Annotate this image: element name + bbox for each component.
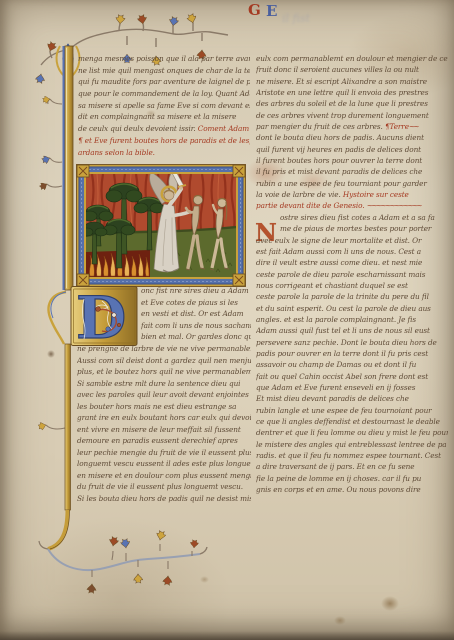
text-line: Et mist dieu devant paradis de delices c… bbox=[256, 393, 448, 404]
text-line: a dire traversant de ij pars. Et en ce f… bbox=[256, 461, 448, 472]
text-line: demoure en paradis eussent derechief apr… bbox=[77, 435, 251, 447]
text-line: est fait Adam aussi com li uns de nous. … bbox=[256, 246, 448, 257]
initial-d: D bbox=[62, 285, 140, 349]
text-line: rubin a une espee de feu tourniant pour … bbox=[256, 178, 448, 189]
text-line: et du saint esperit. Ou cest la parole d… bbox=[256, 303, 448, 314]
text-line: grant ire en eulx boutant hors car eulx … bbox=[77, 412, 251, 424]
border-bar-lower bbox=[39, 344, 71, 549]
text-line: que pour le commandement de la loy. Quan… bbox=[78, 88, 250, 100]
text-line: des arbres du soleil et de la lune que l… bbox=[256, 98, 448, 109]
text-line: Adam aussi quil fust tel et li uns de no… bbox=[256, 325, 448, 336]
text-line: rubin langle et une espee de feu tournoi… bbox=[256, 405, 448, 416]
left-column-top: menga mesmes poisson que il ala par terr… bbox=[78, 53, 250, 158]
text-line: fruit donc il seroient aucunes villes la… bbox=[256, 64, 448, 75]
text-line: Si les bouta dieu hors de padis quil ne … bbox=[77, 493, 251, 505]
text-line: que Adam et Eve furent enseveli en ij fo… bbox=[256, 382, 448, 393]
text-line: de ces arbres vivent trop durement longu… bbox=[256, 110, 448, 121]
border-bar bbox=[63, 46, 74, 290]
text-line: ostre sires dieu fist cotes a Adam et a … bbox=[256, 212, 448, 223]
text-line: partie devant dite de Genesio. ~~~~~~~~~… bbox=[256, 200, 448, 211]
text-line: angles. et est la parole complaingnant. … bbox=[256, 314, 448, 325]
text-line: par mengier du fruit de ces arbres. ¶Ter… bbox=[256, 121, 448, 132]
bottom-vine bbox=[48, 544, 207, 577]
bottom-vine-leaves bbox=[87, 530, 199, 593]
text-line: il fu pris et mist devant paradis de del… bbox=[256, 166, 448, 177]
text-line: plus, et le boutez hors quil ne vive per… bbox=[77, 366, 251, 378]
text-line: sa misere si apelle sa fame Eve si com d… bbox=[78, 100, 250, 112]
manuscript-page: G E il fist bbox=[0, 0, 454, 640]
text-line: le mistere des angles qui entreblessast … bbox=[256, 439, 448, 450]
text-line: bien et mal. Or gardes donc quil bbox=[141, 331, 251, 343]
text-line: fait ou quel Cahin occist Abel son frere… bbox=[256, 371, 448, 382]
bar-sprigs bbox=[46, 99, 65, 429]
text-line: les bouter hors mais ne est dieu estrang… bbox=[77, 401, 251, 413]
text-line: la voie de larbre de vie. Hystoire sur c… bbox=[256, 189, 448, 200]
text-line: ceste parole de dieu parole escharnissan… bbox=[256, 269, 448, 280]
text-line: eulx com permanablemt en doulour et meng… bbox=[256, 53, 448, 64]
miniature: Angel with raised sword expels Adam and … bbox=[76, 164, 246, 287]
text-line: en vesti et dist. Or est Adam bbox=[141, 308, 251, 320]
text-line: Aristote en une lettre quil li envoia de… bbox=[256, 87, 448, 98]
text-line: Aussi com sil deist dont a gardez quil n… bbox=[77, 355, 251, 367]
text-line: dentrer et que li feu lomme ou dieu y mi… bbox=[256, 427, 448, 438]
text-line: assavoir ou champ de Damas ou et dont il… bbox=[256, 359, 448, 370]
text-line: fie la peine de lomme en ij choses. car … bbox=[256, 473, 448, 484]
text-line: ne misere. Et si escript Alixandre a son… bbox=[256, 76, 448, 87]
text-line: nous corrigeant et chastiant duquel se e… bbox=[256, 280, 448, 291]
text-line: avec eulx le signe de leur mortalite et … bbox=[256, 235, 448, 246]
text-line: ¶ et Eve furent boutes hors de paradis e… bbox=[78, 135, 250, 147]
right-column: eulx com permanablemt en doulour et meng… bbox=[256, 53, 448, 495]
text-line: me de piaus de mortes bestes pour porter bbox=[256, 223, 448, 234]
text-line: persevere sanz pechie. Dont le bouta die… bbox=[256, 337, 448, 348]
text-line: dire il veult estre aussi come dieu. et … bbox=[256, 257, 448, 268]
text-line: il furent boutes hors pour ouvrer la ter… bbox=[256, 155, 448, 166]
initial-d-letter: D bbox=[76, 285, 126, 349]
text-line: leur pechie mengie du fruit de vie il eu… bbox=[77, 447, 251, 459]
text-line: dit en complaingnant sa misere et la mis… bbox=[78, 111, 250, 123]
text-line: ent vivre en misere de leur meffait sil … bbox=[77, 424, 251, 436]
text-line: gnis en corps et en ame. Ou nous povons … bbox=[256, 484, 448, 495]
text-line: quil furent vij heures en padis de delic… bbox=[256, 144, 448, 155]
text-line: fait com li uns de nous sachant bbox=[141, 320, 251, 332]
text-line: padis pour ouvrer en la terre dont il fu… bbox=[256, 348, 448, 359]
text-line: Si samble estre mlt dure la sentence die… bbox=[77, 378, 251, 390]
text-line: avec les paroles quil leur avoit devant … bbox=[77, 389, 251, 401]
left-column-lower: ne prengne de larbre de vie ne vive perm… bbox=[77, 343, 251, 504]
text-line: ceste parole la parole de la trinite du … bbox=[256, 291, 448, 302]
left-column-beside-initial: onc fist nre sires dieu a Adamet Eve cot… bbox=[141, 285, 251, 343]
text-line: dont le bouta dieu hors de padis. Aucuns… bbox=[256, 132, 448, 143]
text-line: qui fu maudite fors par aventure de laig… bbox=[78, 76, 250, 88]
text-line: ne prengne de larbre de vie ne vive perm… bbox=[77, 343, 251, 355]
text-line: en misere et en doulour com plus eussent… bbox=[77, 470, 251, 482]
bar-sprig-leaves bbox=[38, 95, 52, 430]
text-line: ne list mie quil mengast onques de char … bbox=[78, 65, 250, 77]
text-line: longuemt vescu eussent il ades este plus… bbox=[77, 458, 251, 470]
text-line: ardans selon la bible. bbox=[78, 147, 250, 159]
text-line: de ceulx qui deulx devoient issir. Comen… bbox=[78, 123, 250, 135]
text-line: onc fist nre sires dieu a Adam bbox=[141, 285, 251, 297]
text-line: radis. et que il feu fu nommez espee tou… bbox=[256, 450, 448, 461]
text-line: et Eve cotes de piaus si les bbox=[141, 297, 251, 309]
text-line: ce que li angles deffendist et destourna… bbox=[256, 416, 448, 427]
text-line: menga mesmes poisson que il ala par terr… bbox=[78, 53, 250, 65]
text-line: du fruit de vie il eussent plus longuemt… bbox=[77, 481, 251, 493]
